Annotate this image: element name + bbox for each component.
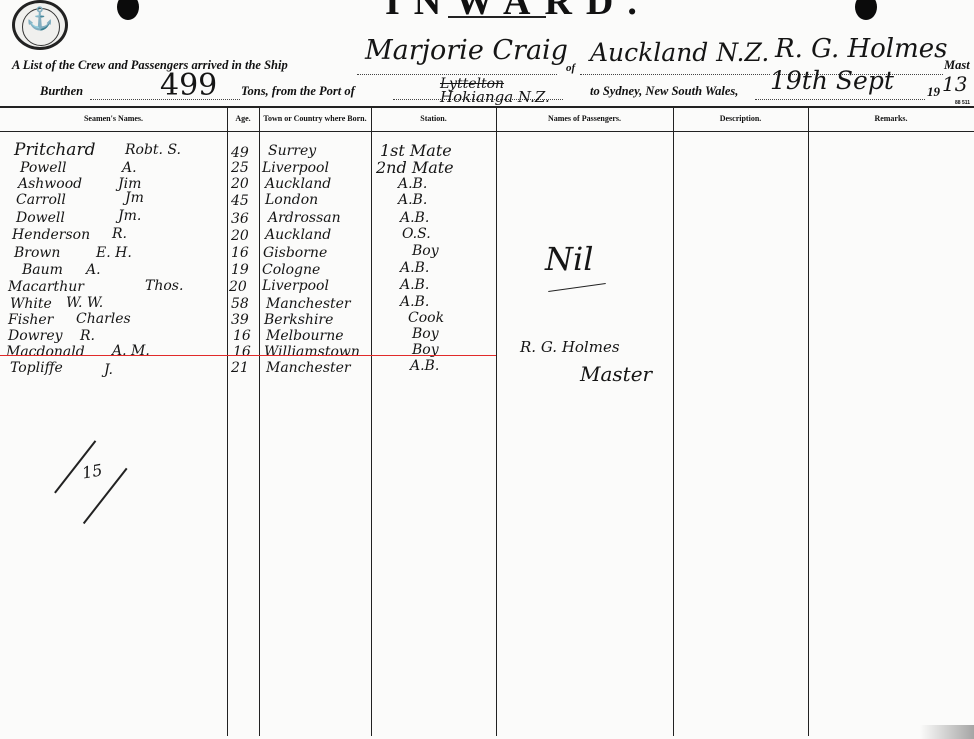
crew-station: A.B.: [400, 294, 429, 310]
crew-station: Cook: [408, 310, 444, 326]
crew-age: 45: [231, 193, 249, 209]
crew-age: 16: [233, 344, 251, 360]
col-divider-remarks: [808, 108, 809, 736]
crew-surname: Pritchard: [14, 142, 95, 158]
crew-station: A.B.: [398, 176, 427, 192]
master-label: Mast: [944, 58, 970, 73]
crew-station: Boy: [412, 326, 439, 342]
crew-surname: Carroll: [16, 192, 66, 208]
crew-age: 39: [231, 312, 249, 328]
crew-born: Melbourne: [266, 328, 344, 344]
master-name: R. G. Holmes: [775, 34, 948, 64]
punch-hole-left: [117, 0, 139, 20]
crew-given: A.: [122, 160, 137, 176]
crew-surname: Baum: [22, 262, 63, 278]
crew-given: R.: [112, 226, 127, 242]
crew-age: 25: [231, 160, 249, 176]
crew-given: Jm.: [118, 208, 141, 224]
table-header-rule: [0, 131, 974, 132]
header-description: Description.: [673, 114, 808, 123]
header-age: Age.: [227, 114, 259, 123]
crew-station: A.B.: [400, 260, 429, 276]
crew-surname: Powell: [20, 160, 67, 176]
crew-surname: Macarthur: [8, 279, 84, 295]
to-sydney-label: to Sydney, New South Wales,: [590, 84, 738, 99]
crew-station: 1st Mate: [380, 143, 452, 159]
crew-age: 21: [231, 360, 249, 376]
crew-given: Robt. S.: [125, 142, 181, 158]
crew-age: 20: [231, 228, 249, 244]
port-value: Hokianga N.Z.: [440, 88, 550, 106]
crew-surname: White: [10, 296, 52, 312]
crew-age: 20: [229, 279, 247, 295]
crew-age: 16: [233, 328, 251, 344]
passengers-nil-note: Nil: [545, 240, 593, 278]
header-seamens-names: Seamen's Names.: [0, 114, 227, 123]
header-passengers: Names of Passengers.: [496, 114, 673, 123]
crew-born: Gisborne: [263, 245, 327, 261]
crew-born: Auckland: [265, 227, 331, 243]
master-signature-name: R. G. Holmes: [520, 338, 620, 356]
crew-born: Surrey: [268, 143, 316, 159]
crew-born: Ardrossan: [268, 210, 341, 226]
of-label: of: [566, 62, 575, 74]
crew-station: A.B.: [400, 277, 429, 293]
form-heading: INWARD.: [385, 0, 651, 24]
crew-born: Cologne: [262, 262, 320, 278]
form-line1-prefix: A List of the Crew and Passengers arrive…: [12, 58, 288, 73]
col-divider-description: [673, 108, 674, 736]
date-field-line: [755, 99, 925, 100]
crew-station: A.B.: [410, 358, 439, 374]
crew-given: A. M.: [112, 343, 150, 359]
col-divider-station: [371, 108, 372, 736]
crew-given: Jm: [125, 190, 144, 206]
crew-age: 16: [231, 245, 249, 261]
crew-age: 58: [231, 296, 249, 312]
col-divider-born: [259, 108, 260, 736]
crew-surname: Fisher: [8, 312, 53, 328]
header-town-born: Town or Country where Born.: [259, 114, 371, 123]
header-remarks: Remarks.: [808, 114, 974, 123]
heading-underline: [448, 16, 546, 18]
crew-station: A.B.: [400, 210, 429, 226]
crew-surname: Henderson: [12, 227, 90, 243]
crew-station: A.B.: [398, 192, 427, 208]
scan-edge-shadow: [920, 725, 974, 739]
ship-of-field-line: [580, 74, 770, 75]
crew-born: London: [265, 192, 318, 208]
ship-name: Marjorie Craig: [365, 35, 568, 66]
crew-given: E. H.: [96, 245, 132, 261]
crew-born: Manchester: [266, 296, 351, 312]
crew-given: R.: [80, 328, 95, 344]
ship-of-value: Auckland N.Z.: [590, 38, 769, 67]
ship-name-field-line: [357, 74, 557, 75]
col-divider-age: [227, 108, 228, 736]
crew-age: 19: [231, 262, 249, 278]
col-divider-passengers: [496, 108, 497, 736]
crew-born: Berkshire: [264, 312, 333, 328]
crew-born: Liverpool: [262, 160, 329, 176]
crew-given: J.: [104, 362, 113, 378]
crew-age: 20: [231, 176, 249, 192]
tons-label: Tons, from the Port of: [241, 84, 355, 99]
crew-age: 36: [231, 211, 249, 227]
burthen-label: Burthen: [40, 84, 83, 99]
anchor-icon: ⚓: [15, 6, 65, 32]
burthen-value: 499: [160, 68, 217, 103]
crew-surname: Topliffe: [10, 360, 63, 376]
crew-given: Thos.: [145, 278, 183, 294]
crew-station: 2nd Mate: [376, 160, 454, 176]
crew-born: Williamstown: [264, 344, 360, 360]
crew-born: Auckland: [265, 176, 331, 192]
header-station: Station.: [371, 114, 496, 123]
master-signature-title: Master: [580, 362, 652, 386]
crew-born: Manchester: [266, 360, 351, 376]
year-suffix: 13: [942, 72, 967, 96]
crew-surname: Macdonald: [6, 344, 85, 360]
crew-surname: Dowell: [16, 210, 65, 226]
crew-surname: Dowrey: [8, 328, 63, 344]
crew-given: W. W.: [66, 295, 103, 311]
crew-surname: Ashwood: [18, 176, 82, 192]
nil-underline: [548, 283, 606, 292]
crew-station: O.S.: [402, 226, 431, 242]
crew-born: Liverpool: [262, 278, 329, 294]
shipping-master-seal: ⚓: [12, 0, 68, 50]
punch-hole-right: [855, 0, 877, 20]
crew-station: Boy: [412, 243, 439, 259]
crew-surname: Brown: [14, 245, 60, 261]
crew-age: 49: [231, 145, 249, 161]
date-value: 19th Sept: [770, 66, 894, 95]
crew-given: A.: [86, 262, 101, 278]
table-top-rule: [0, 106, 974, 108]
crew-given: Charles: [76, 311, 131, 327]
red-marker-line: [0, 355, 496, 356]
tally-count: 15: [81, 460, 104, 482]
year-prefix: 19: [927, 84, 940, 100]
